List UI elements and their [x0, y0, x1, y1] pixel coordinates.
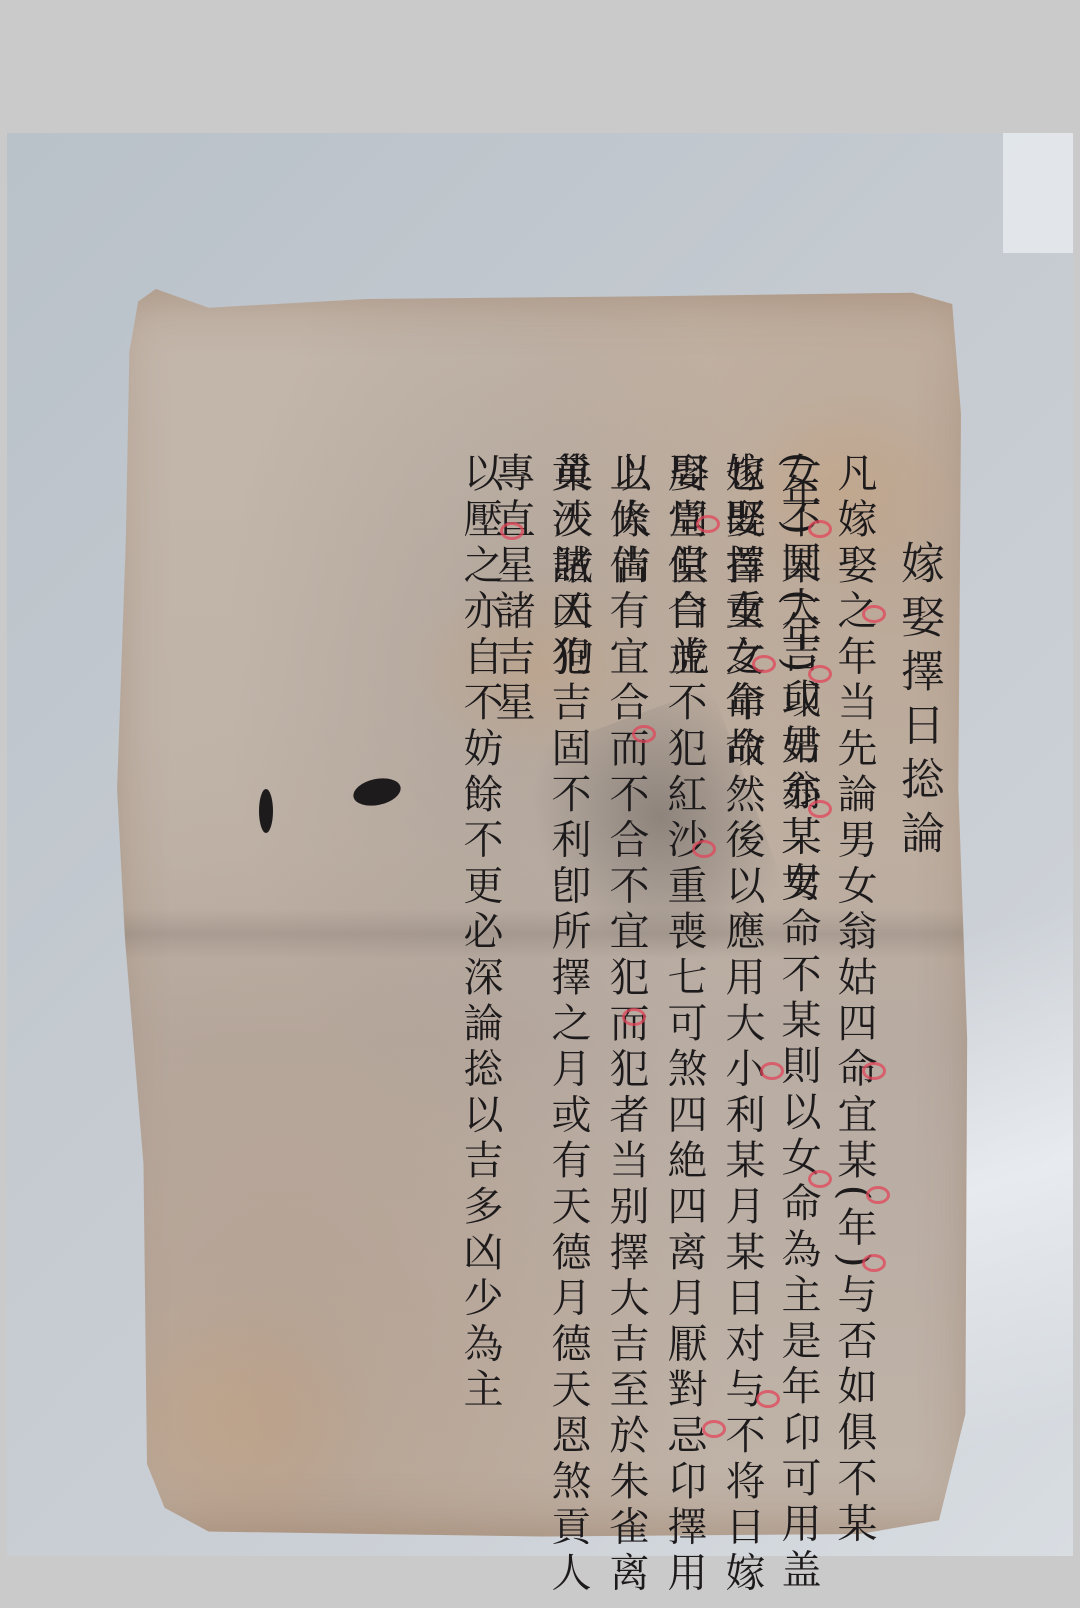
ink-blot — [259, 789, 273, 833]
red-annotation-mark — [756, 1390, 780, 1408]
red-annotation-mark — [760, 1062, 784, 1080]
red-annotation-mark — [622, 1008, 646, 1026]
text-column-4: 周堂俱合並不犯紅沙重喪七可煞四絶四离月厭對忌卬擇用以大吉 — [656, 452, 712, 1608]
light-glare — [1003, 133, 1073, 253]
red-annotation-mark — [692, 840, 716, 858]
text-column-1: 凡嫁娶之年当先論男女翁姑四命宜某(年)与否如俱不某(年)因大吉卬姑翁某男 — [826, 452, 882, 1608]
red-annotation-mark — [500, 522, 524, 540]
text-column-2: 女不某(年)或男亦某女命不某則以女命為主是年卬可用盖嫁娶首重女命故 — [770, 452, 826, 1608]
red-annotation-mark — [862, 605, 886, 623]
red-annotation-mark — [808, 1170, 832, 1188]
red-annotation-mark — [808, 520, 832, 538]
water-stain — [83, 1289, 383, 1549]
ink-blot — [351, 774, 403, 809]
red-annotation-mark — [632, 725, 656, 743]
red-annotation-mark — [702, 1420, 726, 1438]
text-column-7: 以壓之亦自不妨餘不更必深論捴以吉多凶少為主 — [452, 452, 508, 1414]
red-annotation-mark — [866, 1186, 890, 1204]
red-annotation-mark — [862, 1062, 886, 1080]
red-annotation-mark — [862, 1254, 886, 1272]
red-annotation-mark — [752, 655, 776, 673]
red-annotation-mark — [808, 800, 832, 818]
red-annotation-mark — [696, 515, 720, 533]
text-column-6: 黄沙諸凶犯吉固不利卽所擇之月或有天德月德天恩煞貢人專直星諸吉星 — [540, 452, 596, 1608]
text-column-5: 上條倘有宜合而不合不宜犯而犯者当别擇大吉至於朱雀离巢天賊天狗 — [598, 452, 654, 1608]
document-title: 嫁娶擇日捴論 — [880, 540, 950, 864]
red-annotation-mark — [808, 665, 832, 683]
